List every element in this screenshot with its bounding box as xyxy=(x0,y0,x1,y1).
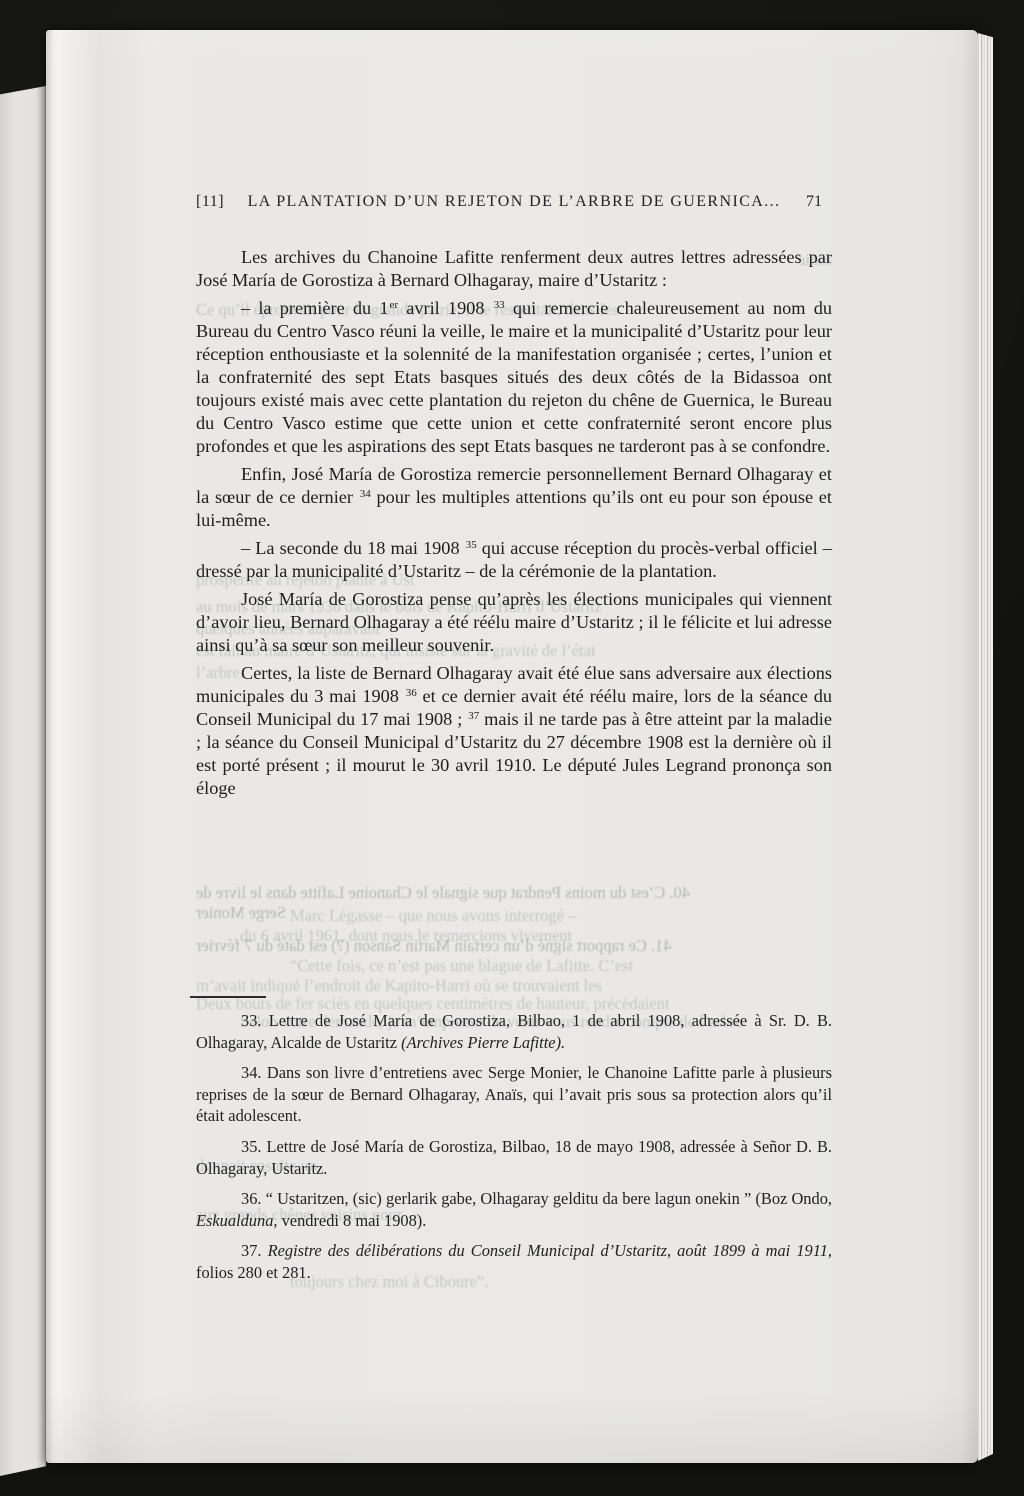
footnote-separator-rule xyxy=(190,996,266,998)
header-section-number: [11] xyxy=(196,193,224,211)
page-stack-edge xyxy=(978,33,993,1461)
facing-page-edge xyxy=(0,86,46,1476)
body-paragraph: – la première du 1er avril 1908 33 qui r… xyxy=(196,297,832,458)
body-paragraph: Les archives du Chanoine Lafitte renferm… xyxy=(196,246,832,292)
body-text: Les archives du Chanoine Lafitte renferm… xyxy=(196,246,832,805)
footnote: 36. “ Ustaritzen, (sic) gerlarik gabe, O… xyxy=(196,1188,832,1231)
running-header: [11] LA PLANTATION D’UN REJETON DE L’ARB… xyxy=(196,193,832,215)
body-paragraph: José María de Gorostiza pense qu’après l… xyxy=(196,588,832,657)
scanned-book-photo: aines Ce qu’il éprouvait pour la grande … xyxy=(0,0,1024,1496)
body-paragraph: Certes, la liste de Bernard Olhagaray av… xyxy=(196,662,832,800)
header-title: LA PLANTATION D’UN REJETON DE L’ARBRE DE… xyxy=(248,193,781,211)
footnote: 37. Registre des délibérations du Consei… xyxy=(196,1240,832,1283)
footnote: 35. Lettre de José María de Gorostiza, B… xyxy=(196,1136,832,1179)
body-paragraph: Enfin, José María de Gorostiza remercie … xyxy=(196,463,832,532)
footnote: 33. Lettre de José María de Gorostiza, B… xyxy=(196,1010,832,1053)
header-page-number: 71 xyxy=(806,193,822,211)
footnotes: 33. Lettre de José María de Gorostiza, B… xyxy=(196,1010,832,1293)
footnote: 34. Dans son livre d’entretiens avec Ser… xyxy=(196,1062,832,1127)
body-paragraph: – La seconde du 18 mai 1908 35 qui accus… xyxy=(196,537,832,583)
